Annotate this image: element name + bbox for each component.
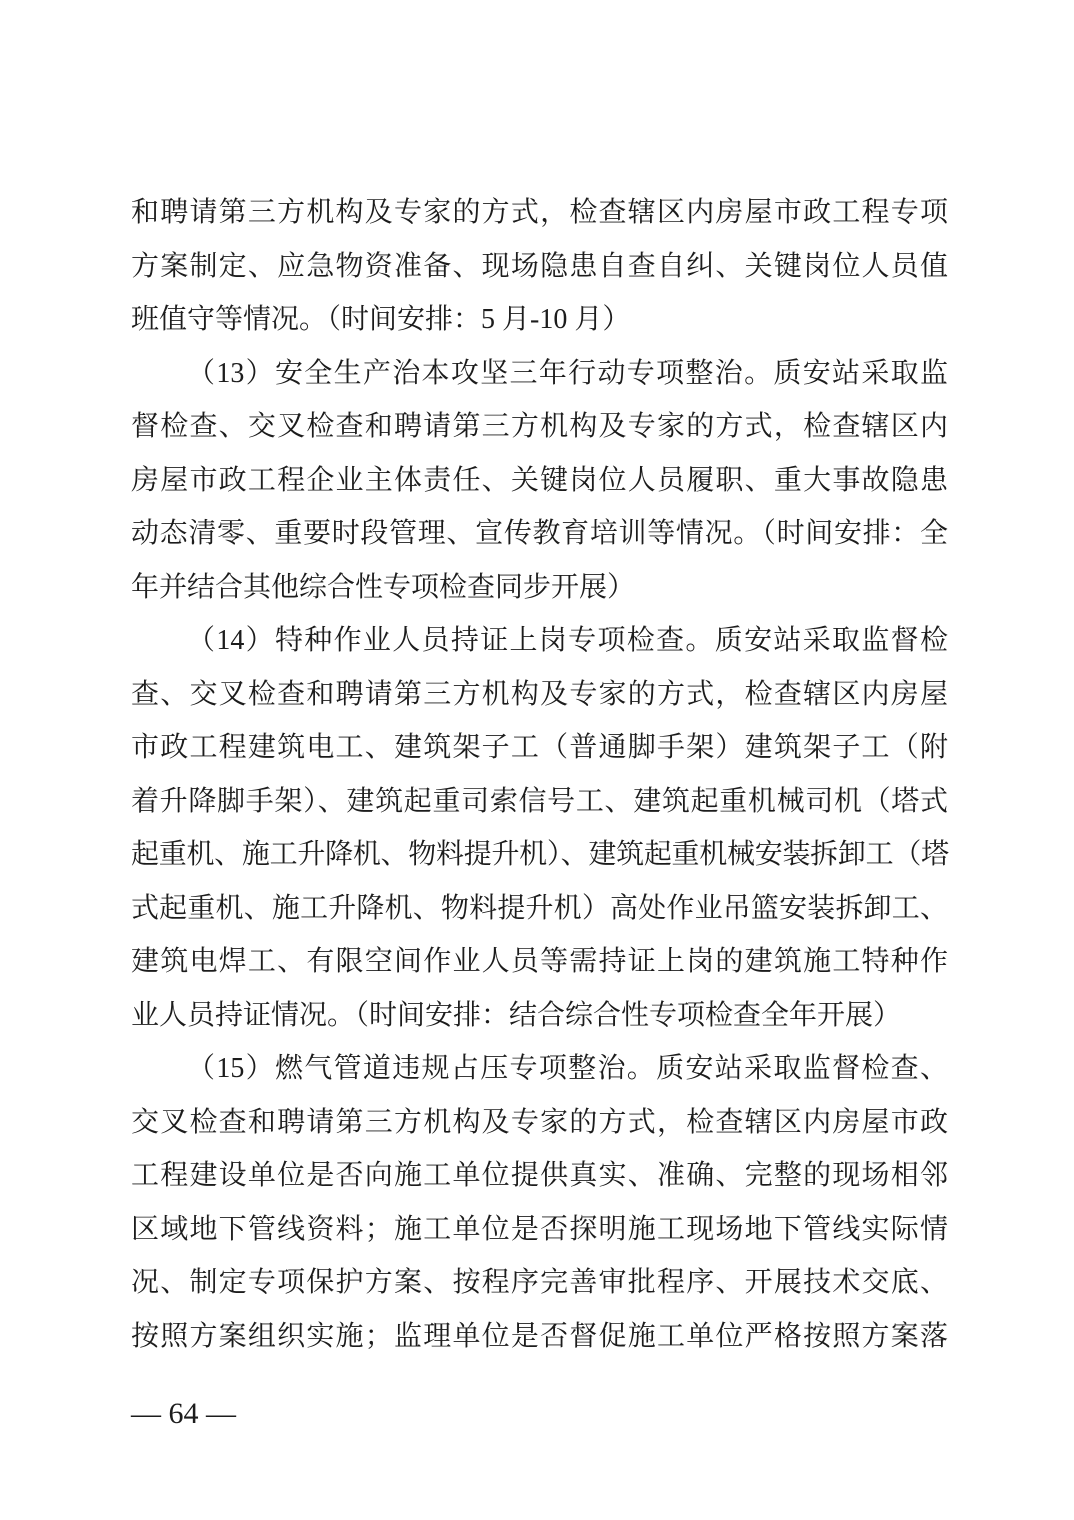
- paragraph-item-15: （15）燃气管道违规占压专项整治。质安站采取监督检查、 交叉检查和聘请第三方机构…: [131, 1042, 948, 1363]
- text-line: 市政工程建筑电工、建筑架子工（普通脚手架）建筑架子工（附: [131, 721, 948, 775]
- text-line: （15）燃气管道违规占压专项整治。质安站采取监督检查、: [131, 1042, 948, 1096]
- paragraph-item-13: （13）安全生产治本攻坚三年行动专项整治。质安站采取监 督检查、交叉检查和聘请第…: [131, 347, 948, 615]
- text-line: 班值守等情况。（时间安排：5 月-10 月）: [131, 293, 948, 347]
- document-body: 和聘请第三方机构及专家的方式，检查辖区内房屋市政工程专项 方案制定、应急物资准备…: [131, 186, 948, 1363]
- page-number: — 64 —: [131, 1397, 236, 1430]
- text-line: 房屋市政工程企业主体责任、关键岗位人员履职、重大事故隐患: [131, 454, 948, 508]
- text-line: 区域地下管线资料；施工单位是否探明施工现场地下管线实际情: [131, 1203, 948, 1257]
- text-line: 式起重机、施工升降机、物料提升机）高处作业吊篮安装拆卸工、: [131, 882, 948, 936]
- text-line: 交叉检查和聘请第三方机构及专家的方式，检查辖区内房屋市政: [131, 1096, 948, 1150]
- text-line: 建筑电焊工、有限空间作业人员等需持证上岗的建筑施工特种作: [131, 935, 948, 989]
- text-line: 和聘请第三方机构及专家的方式，检查辖区内房屋市政工程专项: [131, 186, 948, 240]
- text-line: （13）安全生产治本攻坚三年行动专项整治。质安站采取监: [131, 347, 948, 401]
- page-footer: — 64 —: [131, 1396, 236, 1432]
- text-line: 查、交叉检查和聘请第三方机构及专家的方式，检查辖区内房屋: [131, 668, 948, 722]
- document-page: 和聘请第三方机构及专家的方式，检查辖区内房屋市政工程专项 方案制定、应急物资准备…: [0, 0, 1074, 1520]
- text-line: 按照方案组织实施；监理单位是否督促施工单位严格按照方案落: [131, 1310, 948, 1364]
- text-line: 督检查、交叉检查和聘请第三方机构及专家的方式，检查辖区内: [131, 400, 948, 454]
- text-line: 业人员持证情况。（时间安排：结合综合性专项检查全年开展）: [131, 989, 948, 1043]
- paragraph-continuation: 和聘请第三方机构及专家的方式，检查辖区内房屋市政工程专项 方案制定、应急物资准备…: [131, 186, 948, 347]
- text-line: 方案制定、应急物资准备、现场隐患自查自纠、关键岗位人员值: [131, 240, 948, 294]
- text-line: （14）特种作业人员持证上岗专项检查。质安站采取监督检: [131, 614, 948, 668]
- text-line: 年并结合其他综合性专项检查同步开展）: [131, 561, 948, 615]
- text-line: 动态清零、重要时段管理、宣传教育培训等情况。（时间安排：全: [131, 507, 948, 561]
- paragraph-item-14: （14）特种作业人员持证上岗专项检查。质安站采取监督检 查、交叉检查和聘请第三方…: [131, 614, 948, 1042]
- text-line: 起重机、施工升降机、物料提升机）、建筑起重机械安装拆卸工（塔: [131, 828, 948, 882]
- text-line: 况、制定专项保护方案、按程序完善审批程序、开展技术交底、: [131, 1256, 948, 1310]
- text-line: 工程建设单位是否向施工单位提供真实、准确、完整的现场相邻: [131, 1149, 948, 1203]
- text-line: 着升降脚手架）、建筑起重司索信号工、建筑起重机械司机（塔式: [131, 775, 948, 829]
